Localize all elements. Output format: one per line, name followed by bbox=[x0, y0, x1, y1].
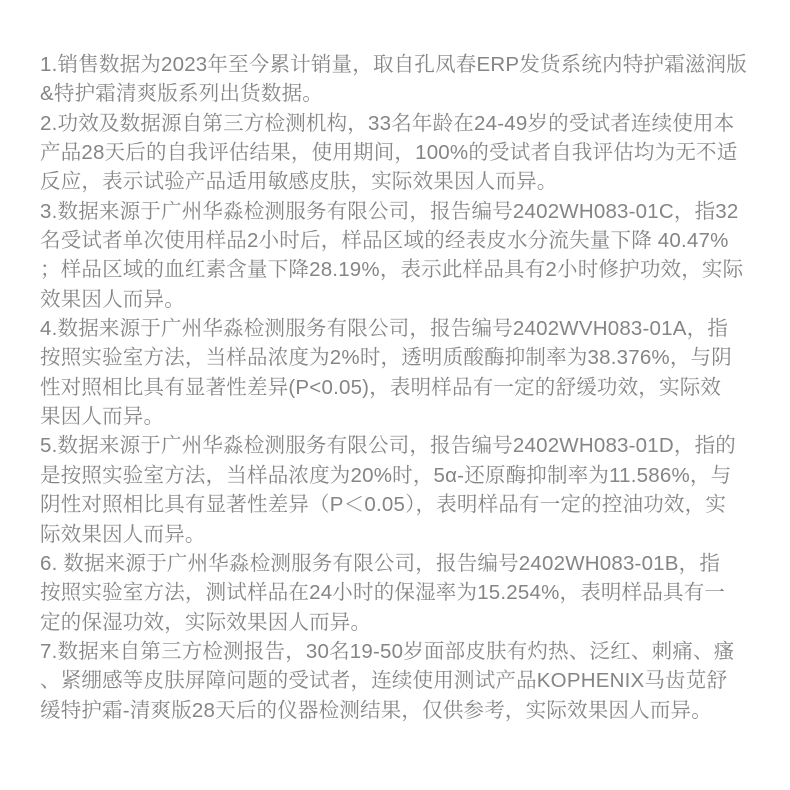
disclaimer-paragraph-6: 6. 数据来源于广州华淼检测服务有限公司，报告编号2402WH083-01B，指… bbox=[40, 549, 756, 637]
disclaimer-line: 4.数据来源于广州华淼检测服务有限公司，报告编号2402WVH083-01A，指 bbox=[40, 314, 756, 343]
disclaimer-line: 2.功效及数据源自第三方检测机构，33名年龄在24-49岁的受试者连续使用本 bbox=[40, 109, 756, 138]
disclaimer-line: 、紧绷感等皮肤屏障问题的受试者，连续使用测试产品KOPHENIX马齿苋舒 bbox=[40, 666, 756, 695]
disclaimer-line: 名受试者单次使用样品2小时后，样品区域的经表皮水分流失量下降 40.47% bbox=[40, 226, 756, 255]
disclaimer-line: 7.数据来自第三方检测报告，30名19-50岁面部皮肤有灼热、泛红、刺痛、瘙 bbox=[40, 637, 756, 666]
disclaimer-line: &特护霜清爽版系列出货数据。 bbox=[40, 79, 756, 108]
disclaimer-paragraph-3: 3.数据来源于广州华淼检测服务有限公司，报告编号2402WH083-01C，指3… bbox=[40, 197, 756, 314]
disclaimer-line: 5.数据来源于广州华淼检测服务有限公司，报告编号2402WH083-01D，指的 bbox=[40, 431, 756, 460]
disclaimer-line: 果因人而异。 bbox=[40, 402, 756, 431]
disclaimer-paragraph-1: 1.销售数据为2023年至今累计销量，取自孔凤春ERP发货系统内特护霜滋润版 &… bbox=[40, 50, 756, 109]
disclaimer-line: 效果因人而异。 bbox=[40, 285, 756, 314]
disclaimer-line: 按照实验室方法，当样品浓度为2%时，透明质酸酶抑制率为38.376%，与阴 bbox=[40, 343, 756, 372]
disclaimer-line: 6. 数据来源于广州华淼检测服务有限公司，报告编号2402WH083-01B，指 bbox=[40, 549, 756, 578]
disclaimer-line: 际效果因人而异。 bbox=[40, 520, 756, 549]
disclaimer-line: 是按照实验室方法，当样品浓度为20%时，5α-还原酶抑制率为11.586%，与 bbox=[40, 461, 756, 490]
disclaimer-paragraph-2: 2.功效及数据源自第三方检测机构，33名年龄在24-49岁的受试者连续使用本 产… bbox=[40, 109, 756, 197]
disclaimer-page: 1.销售数据为2023年至今累计销量，取自孔凤春ERP发货系统内特护霜滋润版 &… bbox=[0, 0, 790, 790]
disclaimer-line: 3.数据来源于广州华淼检测服务有限公司，报告编号2402WH083-01C，指3… bbox=[40, 197, 756, 226]
disclaimer-line: 1.销售数据为2023年至今累计销量，取自孔凤春ERP发货系统内特护霜滋润版 bbox=[40, 50, 756, 79]
disclaimer-line: 产品28天后的自我评估结果，使用期间，100%的受试者自我评估均为无不适 bbox=[40, 138, 756, 167]
disclaimer-line: 缓特护霜-清爽版28天后的仪器检测结果，仅供参考，实际效果因人而异。 bbox=[40, 696, 756, 725]
disclaimer-paragraph-5: 5.数据来源于广州华淼检测服务有限公司，报告编号2402WH083-01D，指的… bbox=[40, 431, 756, 548]
disclaimer-line: 阴性对照相比具有显著性差异（P＜0.05），表明样品有一定的控油功效，实 bbox=[40, 490, 756, 519]
disclaimer-line: 性对照相比具有显著性差异(P<0.05)，表明样品有一定的舒缓功效，实际效 bbox=[40, 373, 756, 402]
disclaimer-line: 定的保湿功效，实际效果因人而异。 bbox=[40, 608, 756, 637]
disclaimer-paragraph-4: 4.数据来源于广州华淼检测服务有限公司，报告编号2402WVH083-01A，指… bbox=[40, 314, 756, 431]
disclaimer-paragraph-7: 7.数据来自第三方检测报告，30名19-50岁面部皮肤有灼热、泛红、刺痛、瘙 、… bbox=[40, 637, 756, 725]
disclaimer-line: ；样品区域的血红素含量下降28.19%，表示此样品具有2小时修护功效，实际 bbox=[40, 255, 756, 284]
disclaimer-line: 按照实验室方法，测试样品在24小时的保湿率为15.254%，表明样品具有一 bbox=[40, 578, 756, 607]
disclaimer-line: 反应，表示试验产品适用敏感皮肤，实际效果因人而异。 bbox=[40, 167, 756, 196]
